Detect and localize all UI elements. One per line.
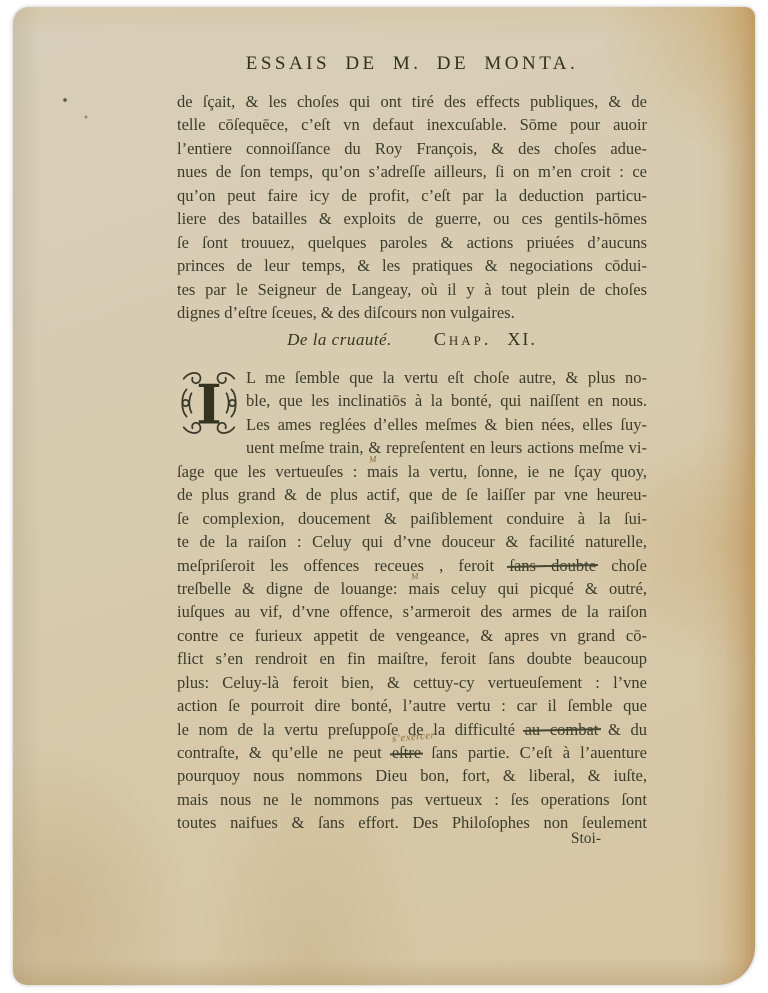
text-segment: ſage que les vertueuſes :	[177, 462, 367, 481]
text-line: liere des batailles & exploits de guerre…	[177, 207, 647, 230]
text-segment: le nom de la vertu preſuppoſe de la diff…	[177, 720, 525, 739]
text-line: de plus grand & de plus actif, que de ſe…	[177, 483, 647, 506]
text-line: de ſçait, & les choſes qui ont tiré des …	[177, 90, 647, 113]
text-line: nues de ſon temps, qu’on s’adreſſe aille…	[177, 160, 647, 183]
text-segment: celuy qui picqué & outré,	[440, 579, 647, 598]
text-segment: iuſques au vif, d’vne offence, s’armeroi…	[177, 602, 647, 621]
chapter-heading: De la cruauté.Chap.XI.	[177, 329, 647, 350]
text-segment: te de la raiſon : Celuy qui d’vne douceu…	[177, 532, 647, 551]
text-line: treſbelle & digne de louange: maisM celu…	[177, 577, 647, 600]
text-segment: de plus grand & de plus actif, que de ſe…	[177, 485, 647, 504]
text-line: iuſques au vif, d’vne offence, s’armeroi…	[177, 600, 647, 623]
text-segment: Les ames reglées d’elles meſmes & bien n…	[246, 415, 647, 434]
text-line: ble, que les inclinatiōs à la bonté, qui…	[177, 389, 647, 412]
drop-cap-letter: I	[196, 372, 221, 436]
text-segment: maisM	[367, 462, 398, 481]
struck-text: ſans doubte	[509, 556, 596, 575]
page-paper: ESSAIS DE M. DE MONTA. de ſçait, & les c…	[13, 7, 755, 985]
text-segment: contraſte, & qu’elle ne peut	[177, 743, 392, 762]
text-segment: nues de ſon temps, qu’on s’adreſſe aille…	[177, 162, 647, 181]
handwritten-annotation: M	[369, 453, 378, 464]
struck-text: eſtres’exercer	[392, 743, 421, 762]
text-segment: princes de leur temps, & les pratiques &…	[177, 256, 647, 275]
text-line: Les ames reglées d’elles meſmes & bien n…	[177, 413, 647, 436]
text-block: ESSAIS DE M. DE MONTA. de ſçait, & les c…	[177, 7, 647, 985]
intro-paragraph: de ſçait, & les choſes qui ont tiré des …	[177, 90, 647, 324]
struck-text: au combat	[525, 720, 599, 739]
chapter-label: Chap.	[434, 329, 492, 349]
text-segment: pourquoy nous nommons Dieu bon, fort, & …	[177, 766, 647, 785]
text-line: ſe complexion, doucement & paiſiblement …	[177, 507, 647, 530]
text-segment: flict s’en rendroit en fin maiſtre, fero…	[177, 649, 647, 668]
text-line: action ſe pourroit dire bonté, l’autre v…	[177, 694, 647, 717]
text-line: ſage que les vertueuſes : maisM la vertu…	[177, 460, 647, 483]
text-line: flict s’en rendroit en fin maiſtre, fero…	[177, 647, 647, 670]
text-segment: ſans partie. C’eſt à l’auenture	[421, 743, 647, 762]
text-segment: plus: Celuy-là feroit bien, & cettuy-cy …	[177, 673, 647, 692]
text-segment: de ſçait, & les choſes qui ont tiré des …	[177, 92, 647, 111]
ornate-drop-cap-initial: I	[177, 368, 241, 438]
text-line: qu’on peut faire icy de profit, c’eſt pa…	[177, 184, 647, 207]
text-line: tes par le Seigneur de Langeay, où il y …	[177, 278, 647, 301]
text-line: pourquoy nous nommons Dieu bon, fort, & …	[177, 764, 647, 787]
text-line: contraſte, & qu’elle ne peut eſtres’exer…	[177, 741, 647, 764]
text-segment: dignes d’eſtre ſceues, & des diſcours no…	[177, 303, 515, 322]
text-segment: ſe ſont trouuez, quelques paroles & acti…	[177, 233, 647, 252]
text-line: ſe ſont trouuez, quelques paroles & acti…	[177, 231, 647, 254]
text-line: contre ce furieux appetit de vengeance, …	[177, 624, 647, 647]
text-line: princes de leur temps, & les pratiques &…	[177, 254, 647, 277]
text-segment: L me ſemble que la vertu eſt choſe autre…	[246, 368, 647, 387]
chapter-body-paragraph: I L me ſemble que la vertu eſt choſe aut…	[177, 366, 647, 835]
text-segment: ble, que les inclinatiōs à la bonté, qui…	[246, 391, 647, 410]
text-segment: telle cōſequēce, c’eſt vn defaut inexcuſ…	[177, 115, 647, 134]
catchword: Stoi-	[177, 830, 647, 848]
text-segment: qu’on peut faire icy de profit, c’eſt pa…	[177, 186, 647, 205]
text-line: L me ſemble que la vertu eſt choſe autre…	[177, 366, 647, 389]
text-segment: uent meſme train, & repreſentent en leur…	[246, 438, 647, 457]
chapter-number: XI.	[507, 329, 537, 349]
text-line: dignes d’eſtre ſceues, & des diſcours no…	[177, 301, 647, 324]
text-segment: liere des batailles & exploits de guerre…	[177, 209, 647, 228]
text-line: plus: Celuy-là feroit bien, & cettuy-cy …	[177, 671, 647, 694]
text-segment: tes par le Seigneur de Langeay, où il y …	[177, 280, 647, 299]
text-segment: choſe	[596, 556, 647, 575]
text-segment: mais nous ne le nommons pas vertueux : ſ…	[177, 790, 647, 809]
text-segment: & du	[598, 720, 647, 739]
book-page-scan: ESSAIS DE M. DE MONTA. de ſçait, & les c…	[0, 0, 768, 993]
text-segment: maisM	[409, 579, 440, 598]
text-segment: action ſe pourroit dire bonté, l’autre v…	[177, 696, 647, 715]
text-segment: la vertu, ſonne, ie ne ſçay quoy,	[398, 462, 647, 481]
running-header: ESSAIS DE M. DE MONTA.	[177, 53, 647, 75]
text-line: te de la raiſon : Celuy qui d’vne douceu…	[177, 530, 647, 553]
text-segment: l’entiere connoiſſance du Roy François, …	[177, 139, 647, 158]
text-line: uent meſme train, & repreſentent en leur…	[177, 436, 647, 459]
text-segment: meſpriſeroit les offences receues , fero…	[177, 556, 509, 575]
handwritten-annotation: M	[410, 571, 419, 582]
text-line: l’entiere connoiſſance du Roy François, …	[177, 137, 647, 160]
text-segment: treſbelle & digne de louange:	[177, 579, 409, 598]
text-segment: ſe complexion, doucement & paiſiblement …	[177, 509, 647, 528]
text-line: mais nous ne le nommons pas vertueux : ſ…	[177, 788, 647, 811]
text-line: telle cōſequēce, c’eſt vn defaut inexcuſ…	[177, 113, 647, 136]
chapter-title: De la cruauté.	[287, 330, 392, 349]
text-segment: contre ce furieux appetit de vengeance, …	[177, 626, 647, 645]
